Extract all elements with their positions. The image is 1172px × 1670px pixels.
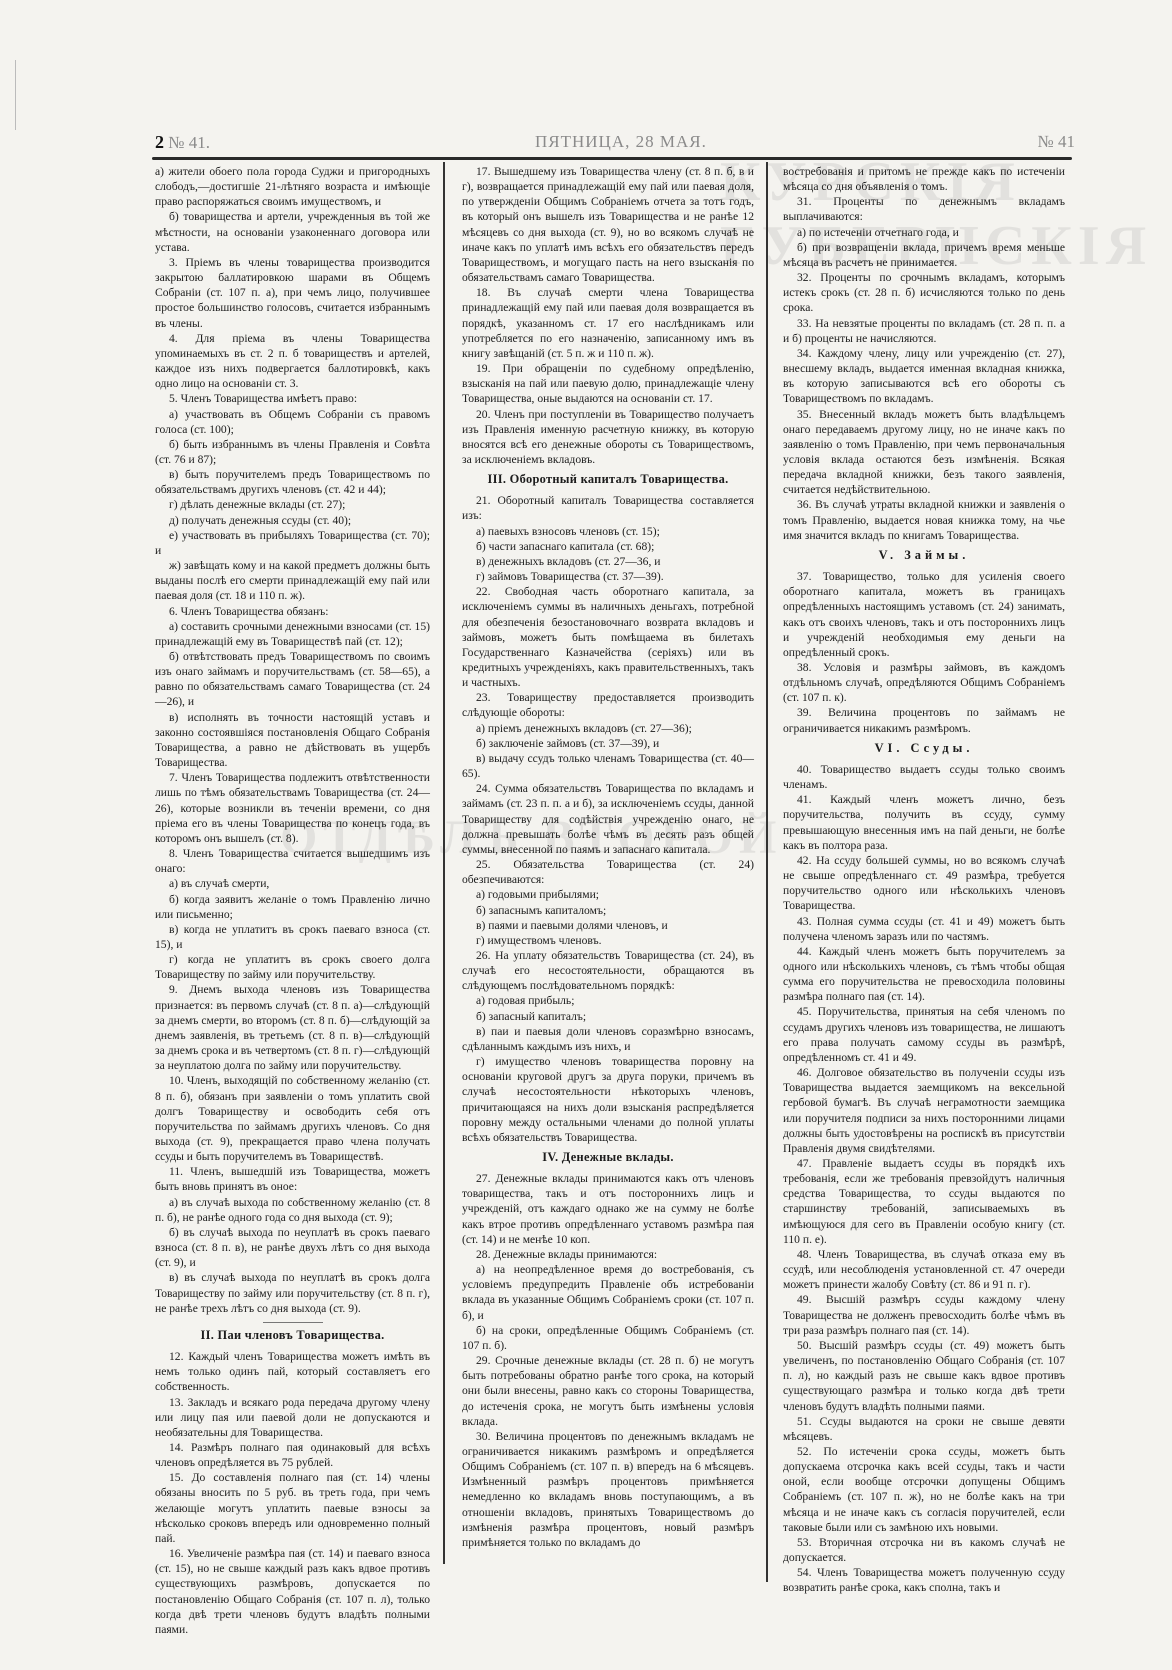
article-paragraph: а) жители обоего пола города Суджи и при… <box>155 164 430 209</box>
clause-item: а) паевыхъ взносовъ членовъ (ст. 15); <box>462 524 754 539</box>
article-paragraph: 36. Въ случаѣ утраты вкладной книжки и з… <box>783 497 1065 542</box>
clause-item: г) имущество членовъ товарищества поровн… <box>462 1054 754 1145</box>
article-paragraph: 4. Для пріема въ члены Товарищества упом… <box>155 331 430 392</box>
clause-item: а) въ случаѣ смерти, <box>155 876 430 891</box>
article-paragraph: 28. Денежные вклады принимаются: <box>462 1247 754 1262</box>
article-paragraph: 37. Товарищество, только для усиленія св… <box>783 569 1065 660</box>
clause-item: г) займовъ Товарищества (ст. 37—39). <box>462 569 754 584</box>
clause-item: д) получать денежныя ссуды (ст. 40); <box>155 513 430 528</box>
column-divider-1 <box>443 162 445 1564</box>
article-paragraph: 48. Членъ Товарищества, въ случаѣ отказа… <box>783 1247 1065 1292</box>
article-paragraph: 34. Каждому члену, лицу или учрежденію (… <box>783 346 1065 407</box>
clause-item: г) дѣлать денежные вклады (ст. 27); <box>155 497 430 512</box>
article-paragraph: 21. Оборотный капиталъ Товарищества сост… <box>462 493 754 523</box>
issue-number-left: № 41. <box>168 133 210 152</box>
clause-item: а) участвовать въ Общемъ Собраніи съ пра… <box>155 407 430 437</box>
column-divider-2 <box>766 162 768 1582</box>
article-paragraph: 8. Членъ Товарищества считается вышедшим… <box>155 846 430 876</box>
clause-item: в) когда не уплатитъ въ срокъ паеваго вз… <box>155 922 430 952</box>
article-paragraph: 26. На уплату обязательствъ Товарищества… <box>462 948 754 993</box>
clause-item: г) имуществомъ членовъ. <box>462 933 754 948</box>
article-paragraph: 27. Денежные вклады принимаются какъ отъ… <box>462 1171 754 1247</box>
article-paragraph: 39. Величина процентовъ по займамъ не ог… <box>783 705 1065 735</box>
clause-item: а) по истеченіи отчетнаго года, и <box>783 225 1065 240</box>
section-rule <box>263 1322 323 1323</box>
article-paragraph: 44. Каждый членъ можетъ быть поручителем… <box>783 944 1065 1005</box>
clause-item: а) годовая прибыль; <box>462 993 754 1008</box>
article-paragraph: 38. Условія и размѣры займовъ, въ каждом… <box>783 660 1065 705</box>
article-paragraph: 10. Членъ, выходящій по собственному жел… <box>155 1073 430 1164</box>
clause-item: б) въ случаѣ выхода по неуплатѣ въ срокъ… <box>155 1225 430 1270</box>
article-paragraph: 15. До составленія полнаго пая (ст. 14) … <box>155 1470 430 1546</box>
clause-item: е) участвовать въ прибыляхъ Товарищества… <box>155 528 430 558</box>
article-paragraph: 20. Членъ при поступленіи въ Товариществ… <box>462 407 754 468</box>
article-paragraph: 45. Поручительства, принятыя на себя чле… <box>783 1004 1065 1065</box>
page-edge-mark <box>15 60 16 130</box>
article-paragraph: 5. Членъ Товарищества имѣетъ право: <box>155 391 430 406</box>
article-paragraph: 14. Размѣръ полнаго пая одинаковый для в… <box>155 1440 430 1470</box>
article-paragraph: 16. Увеличеніе размѣра пая (ст. 14) и па… <box>155 1546 430 1637</box>
clause-item: б) отвѣтствовать предъ Товариществомъ по… <box>155 649 430 710</box>
clause-item: в) паями и паевыми долями членовъ, и <box>462 918 754 933</box>
clause-item: в) исполнять въ точности настоящій устав… <box>155 710 430 771</box>
article-paragraph: 43. Полная сумма ссуды (ст. 41 и 49) мож… <box>783 914 1065 944</box>
clause-item: б) быть избраннымъ въ члены Правленія и … <box>155 437 430 467</box>
article-paragraph: 3. Пріемъ въ члены товарищества производ… <box>155 255 430 331</box>
clause-item: б) при возвращеніи вклада, причемъ время… <box>783 240 1065 270</box>
clause-item: а) пріемъ денежныхъ вкладовъ (ст. 27—36)… <box>462 721 754 736</box>
article-paragraph: 49. Высшій размѣръ ссуды каждому члену Т… <box>783 1292 1065 1337</box>
clause-item: а) годовыми прибылями; <box>462 887 754 902</box>
article-paragraph: 51. Ссуды выдаются на сроки не свыше дев… <box>783 1414 1065 1444</box>
article-paragraph: 6. Членъ Товарищества обязанъ: <box>155 604 430 619</box>
text-column-3: востребованія и притомъ не прежде какъ п… <box>783 164 1065 1596</box>
article-paragraph: 9. Днемъ выхода членовъ изъ Товарищества… <box>155 982 430 1073</box>
article-paragraph: 35. Внесенный вкладъ можетъ быть владѣль… <box>783 407 1065 498</box>
section-heading: VI. Ссуды. <box>783 741 1065 756</box>
article-paragraph: 24. Сумма обязательствъ Товарищества по … <box>462 781 754 857</box>
clause-item: б) запаснымъ капиталомъ; <box>462 903 754 918</box>
header-left: 2 № 41. <box>155 132 210 153</box>
clause-item: б) когда заявитъ желаніе о томъ Правлені… <box>155 892 430 922</box>
section-heading: III. Оборотный капиталъ Товарищества. <box>462 472 754 487</box>
page-header: 2 № 41. ПЯТНИЦА, 28 МАЯ. № 41 <box>155 128 1075 158</box>
clause-item: б) запасный капиталъ; <box>462 1009 754 1024</box>
article-paragraph: 22. Свободная часть оборотнаго капитала,… <box>462 584 754 690</box>
article-paragraph: 31. Проценты по денежнымъ вкладамъ выпла… <box>783 194 1065 224</box>
section-heading: IV. Денежные вклады. <box>462 1150 754 1165</box>
article-paragraph: 53. Вторичная отсрочка ни въ какомъ случ… <box>783 1535 1065 1565</box>
article-paragraph: 47. Правленіе выдаетъ ссуды въ порядкѣ и… <box>783 1156 1065 1247</box>
newspaper-page: ОТДѢЛЪ ВТОРОЙ КУРСКІЯ ГУБЕРНСКІЯ 2 № 41.… <box>0 0 1172 1670</box>
text-column-2: 17. Вышедшему изъ Товарищества члену (ст… <box>462 164 754 1550</box>
article-paragraph: востребованія и притомъ не прежде какъ п… <box>783 164 1065 194</box>
section-heading: II. Паи членовъ Товарищества. <box>155 1328 430 1343</box>
article-paragraph: 25. Обязательства Товарищества (ст. 24) … <box>462 857 754 887</box>
page-number: 2 <box>155 132 164 152</box>
article-paragraph: 41. Каждый членъ можетъ лично, безъ пору… <box>783 792 1065 853</box>
article-paragraph: 40. Товарищество выдаетъ ссуды только св… <box>783 762 1065 792</box>
article-paragraph: 23. Товариществу предоставляется произво… <box>462 690 754 720</box>
clause-item: в) паи и паевыя доли членовъ соразмѣрно … <box>462 1024 754 1054</box>
article-paragraph: 52. По истеченіи срока ссуды, можетъ быт… <box>783 1444 1065 1535</box>
clause-item: в) въ случаѣ выхода по неуплатѣ въ срокъ… <box>155 1270 430 1315</box>
clause-item: г) когда не уплатитъ въ срокъ своего дол… <box>155 952 430 982</box>
clause-item: б) заключеніе займовъ (ст. 37—39), и <box>462 736 754 751</box>
clause-item: б) товарищества и артели, учрежденныя въ… <box>155 209 430 254</box>
clause-item: а) на неопредѣленное время до востребова… <box>462 1262 754 1323</box>
clause-item: а) составить срочными денежными взносами… <box>155 619 430 649</box>
clause-item: в) быть поручителемъ предъ Товариществом… <box>155 467 430 497</box>
article-paragraph: 46. Долговое обязательство въ полученіи … <box>783 1065 1065 1156</box>
article-paragraph: 19. При обращеніи по судебному опредѣлен… <box>462 361 754 406</box>
article-paragraph: 30. Величина процентовъ по денежнымъ вкл… <box>462 1429 754 1550</box>
article-paragraph: 54. Членъ Товарищества можетъ полученную… <box>783 1565 1065 1595</box>
article-paragraph: 17. Вышедшему изъ Товарищества члену (ст… <box>462 164 754 285</box>
article-paragraph: 50. Высшій размѣръ ссуды (ст. 49) можетъ… <box>783 1338 1065 1414</box>
article-paragraph: 42. На ссуду большей суммы, но во всяком… <box>783 853 1065 914</box>
article-paragraph: 29. Срочные денежные вклады (ст. 28 п. б… <box>462 1353 754 1429</box>
clause-item: в) денежныхъ вкладовъ (ст. 27—36, и <box>462 554 754 569</box>
text-column-1: а) жители обоего пола города Суджи и при… <box>155 164 430 1637</box>
clause-item: б) части запаснаго капитала (ст. 68); <box>462 539 754 554</box>
header-rule <box>152 157 1072 160</box>
clause-item: б) на сроки, опредѣленные Общимъ Собрані… <box>462 1323 754 1353</box>
issue-date: ПЯТНИЦА, 28 МАЯ. <box>535 132 707 152</box>
article-paragraph: 12. Каждый членъ Товарищества можетъ имѣ… <box>155 1349 430 1394</box>
article-paragraph: 13. Закладъ и всякаго рода передача друг… <box>155 1395 430 1440</box>
article-paragraph: 33. На невзятые проценты по вкладамъ (ст… <box>783 316 1065 346</box>
clause-item: ж) завѣщать кому и на какой предметъ дол… <box>155 558 430 603</box>
issue-number-right: № 41 <box>1038 132 1075 152</box>
article-paragraph: 18. Въ случаѣ смерти члена Товарищества … <box>462 285 754 361</box>
clause-item: а) въ случаѣ выхода по собственному жела… <box>155 1195 430 1225</box>
article-paragraph: 11. Членъ, вышедшій изъ Товарищества, мо… <box>155 1164 430 1194</box>
article-paragraph: 7. Членъ Товарищества подлежитъ отвѣтств… <box>155 770 430 846</box>
clause-item: в) выдачу ссудъ только членамъ Товарищес… <box>462 751 754 781</box>
section-heading: V. Займы. <box>783 548 1065 563</box>
article-paragraph: 32. Проценты по срочнымъ вкладамъ, котор… <box>783 270 1065 315</box>
